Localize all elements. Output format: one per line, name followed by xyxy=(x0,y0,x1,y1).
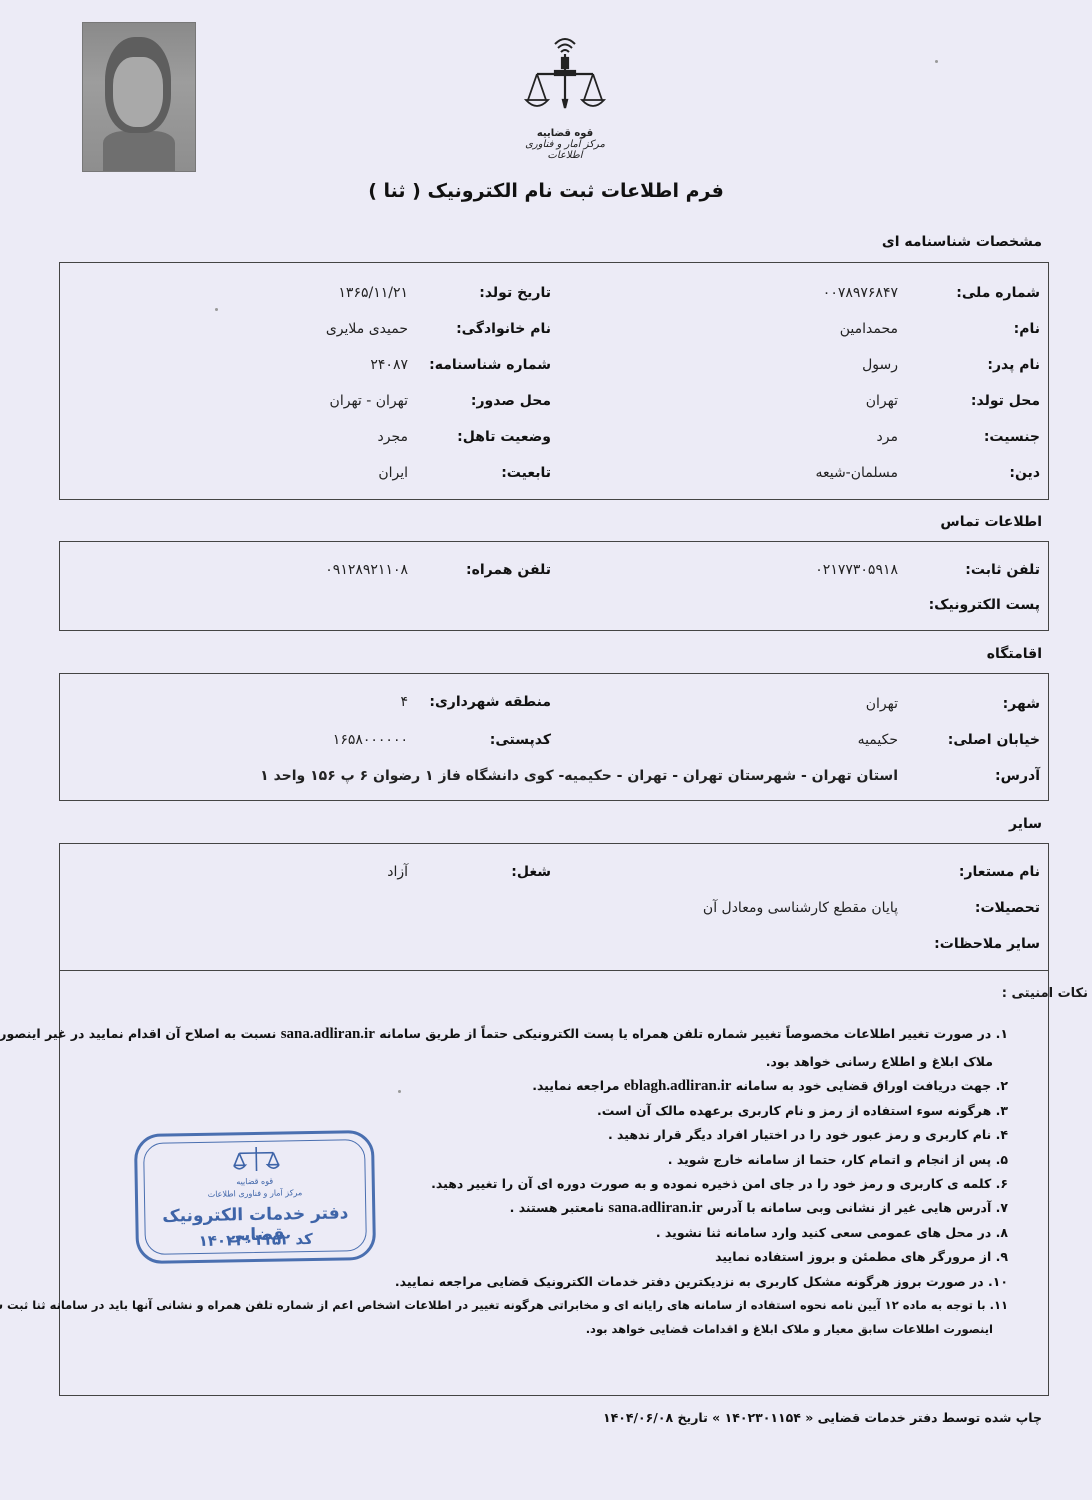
label-issue-place: محل صدور: xyxy=(471,393,551,409)
scan-speck xyxy=(935,60,938,63)
value-education: پایان مقطع کارشناسی ومعادل آن xyxy=(703,900,898,916)
label-municipal-district: منطقه شهرداری: xyxy=(429,694,551,710)
other-box: نام مستعار: شغل: آزاد تحصیلات: پایان مقط… xyxy=(59,843,1049,971)
note-2: ۲. جهت دریافت اوراق قضایی خود به سامانه … xyxy=(532,1078,1008,1095)
label-birth-place: محل تولد: xyxy=(971,393,1040,409)
note-11: ۱۱. با توجه به ماده ۱۲ آیین نامه نحوه اس… xyxy=(0,1298,1008,1312)
stamp-scales-icon xyxy=(233,1145,280,1176)
value-religion: مسلمان-شیعه xyxy=(815,465,898,481)
label-city: شهر: xyxy=(1003,696,1040,712)
security-notes-title: نکات امنیتی : xyxy=(1002,986,1088,1001)
identity-box: شماره ملی: ۰۰۷۸۹۷۶۸۴۷ نام: محمدامین نام … xyxy=(59,262,1049,500)
page-title: فرم اطلاعات ثبت نام الکترونیک ( ثنا ) xyxy=(0,180,1092,202)
label-nationality: تابعیت: xyxy=(501,465,551,481)
note-6: ۶. کلمه ی کاربری و رمز خود را در جای امن… xyxy=(431,1176,1008,1191)
label-father-name: نام پدر: xyxy=(987,357,1040,373)
section-title-identity: مشخصات شناسنامه ای xyxy=(882,234,1042,250)
office-stamp: قوه قضاییه مرکز آمار و فناوری اطلاعات دف… xyxy=(134,1130,376,1264)
note-9: ۹. از مرورگر های مطمئن و بروز استفاده نم… xyxy=(715,1249,1008,1264)
judiciary-logo: قوه قضاییه مرکز آمار و فناوری اطلاعات xyxy=(515,28,615,158)
note-7: ۷. آدرس هایی غیر از نشانی وبی سامانه با … xyxy=(510,1200,1008,1217)
note-8: ۸. در محل های عمومی سعی کنید وارد سامانه… xyxy=(656,1225,1008,1240)
value-birth-date: ۱۳۶۵/۱۱/۲۱ xyxy=(338,285,408,301)
section-title-residence: اقامتگاه xyxy=(987,646,1042,662)
note-1-url: sana.adliran.ir xyxy=(281,1026,375,1042)
note-11-cont: اینصورت اطلاعات سابق معیار و ملاک ابلاغ … xyxy=(586,1322,993,1336)
label-last-name: نام خانوادگی: xyxy=(456,321,551,337)
label-national-id: شماره ملی: xyxy=(956,285,1040,301)
scan-speck xyxy=(215,308,218,311)
value-gender: مرد xyxy=(877,429,898,445)
label-religion: دین: xyxy=(1009,465,1040,481)
label-marital-status: وضعیت تاهل: xyxy=(457,429,551,445)
label-occupation: شغل: xyxy=(511,864,551,880)
label-gender: جنسیت: xyxy=(984,429,1040,445)
label-landline: تلفن ثابت: xyxy=(965,562,1040,578)
value-certificate-number: ۲۴۰۸۷ xyxy=(370,357,408,373)
photo-shoulders xyxy=(103,131,175,171)
section-title-other: سایر xyxy=(1009,816,1042,832)
value-national-id: ۰۰۷۸۹۷۶۸۴۷ xyxy=(823,285,898,301)
label-mobile: تلفن همراه: xyxy=(466,562,551,578)
label-postal-code: کدپستی: xyxy=(490,732,551,748)
value-father-name: رسول xyxy=(862,357,898,373)
label-first-name: نام: xyxy=(1014,321,1040,337)
note-1-cont: ملاک ابلاغ و اطلاع رسانی خواهد بود. xyxy=(766,1054,993,1069)
note-4: ۴. نام کاربری و رمز عبور خود را در اختیا… xyxy=(608,1127,1008,1142)
value-occupation: آزاد xyxy=(387,864,408,880)
value-mobile: ۰۹۱۲۸۹۲۱۱۰۸ xyxy=(325,562,408,578)
value-landline: ۰۲۱۷۷۳۰۵۹۱۸ xyxy=(815,562,898,578)
label-education: تحصیلات: xyxy=(975,900,1040,916)
note-7-url: sana.adliran.ir xyxy=(608,1200,702,1216)
logo-caption-center: مرکز آمار و فناوری اطلاعات xyxy=(515,139,615,161)
label-main-street: خیابان اصلی: xyxy=(948,732,1040,748)
residence-box: شهر: تهران منطقه شهرداری: ۴ خیابان اصلی:… xyxy=(59,673,1049,801)
value-address: استان تهران - شهرستان تهران - تهران - حک… xyxy=(260,768,898,784)
label-address: آدرس: xyxy=(995,768,1040,784)
value-first-name: محمدامین xyxy=(840,321,898,337)
photo-face xyxy=(113,57,163,127)
contact-box: تلفن ثابت: ۰۲۱۷۷۳۰۵۹۱۸ تلفن همراه: ۰۹۱۲۸… xyxy=(59,541,1049,631)
logo-caption-judiciary: قوه قضاییه xyxy=(515,128,615,139)
applicant-photo xyxy=(82,22,196,172)
value-last-name: حمیدی ملایری xyxy=(326,321,408,337)
label-alias: نام مستعار: xyxy=(959,864,1040,880)
note-3: ۳. هرگونه سوء استفاده از رمز و نام کاربر… xyxy=(597,1103,1008,1118)
scan-speck xyxy=(398,1090,401,1093)
label-birth-date: تاریخ تولد: xyxy=(479,285,551,301)
scales-of-justice-icon xyxy=(515,28,615,128)
note-1: ۱. در صورت تغییر اطلاعات مخصوصاً تغییر ش… xyxy=(0,1026,1008,1043)
label-certificate-number: شماره شناسنامه: xyxy=(429,357,551,373)
note-10: ۱۰. در صورت بروز هرگونه مشکل کاربری به ن… xyxy=(395,1274,1008,1289)
print-footer: چاپ شده توسط دفتر خدمات قضایی « ۱۴۰۲۳۰۱۱… xyxy=(603,1410,1042,1425)
label-remarks: سایر ملاحظات: xyxy=(934,936,1040,952)
value-postal-code: ۱۶۵۸۰۰۰۰۰۰ xyxy=(333,732,408,748)
note-5: ۵. پس از انجام و اتمام کار، حتما از ساما… xyxy=(668,1152,1008,1167)
value-city: تهران xyxy=(866,696,898,712)
note-2-url: eblagh.adliran.ir xyxy=(624,1078,732,1094)
label-email: پست الکترونیک: xyxy=(929,597,1040,613)
value-issue-place: تهران - تهران xyxy=(330,393,408,409)
value-main-street: حکیمیه xyxy=(858,732,898,748)
value-municipal-district: ۴ xyxy=(400,694,408,710)
section-title-contact: اطلاعات تماس xyxy=(940,514,1042,530)
value-birth-place: تهران xyxy=(866,393,898,409)
value-marital-status: مجرد xyxy=(378,429,409,445)
value-nationality: ایران xyxy=(378,465,408,481)
